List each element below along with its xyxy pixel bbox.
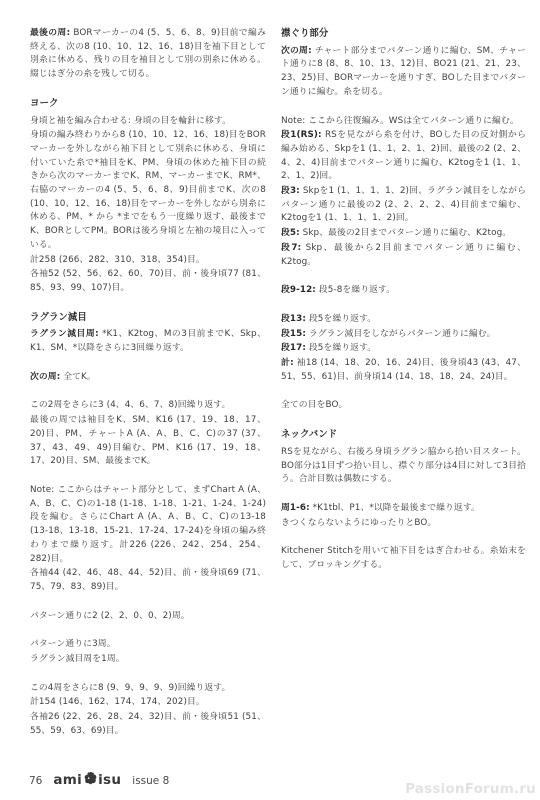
logo-text-ami: ami bbox=[53, 772, 82, 788]
paragraph: 身頃の編み終わりから8 (10、10、12、16、18)目をBORマーカーを外し… bbox=[30, 129, 266, 252]
paragraph: 身頃と袖を編み合わせる: 身頃の目を輪針に移す。 bbox=[30, 115, 266, 129]
paragraph: 段7: Skp、最後から2目前までパターン通りに編む、K2tog。 bbox=[281, 242, 526, 269]
paragraph-text: 各袖52 (52、56、62、60、70)目、前・後身頃77 (81、85、93… bbox=[30, 269, 266, 293]
paragraph-text: Note: ここからはチャート部分として、まずChart A (A、A、B、C、… bbox=[30, 485, 266, 564]
paragraph-text: 段5を繰り返す。 bbox=[309, 343, 376, 353]
amirisu-sheep-icon bbox=[83, 771, 98, 785]
paragraph-text: 身頃の編み終わりから8 (10、10、12、16、18)目をBORマーカーを外し… bbox=[30, 130, 266, 250]
paragraph: 各袖26 (22、26、28、24、32)目、前・後身頃51 (51、55、59… bbox=[30, 711, 266, 738]
left-column: 最後の周: BORマーカーの4 (5、5、6、8、9)目前で編み終える、次の8 … bbox=[30, 26, 266, 739]
paragraph-text: Kitchener Stitchを用いて袖下目をはぎ合わせる。糸始末をして、ブロ… bbox=[281, 546, 526, 570]
section-heading: ラグラン減目 bbox=[30, 311, 266, 325]
section-heading: 襟ぐり部分 bbox=[281, 27, 526, 41]
paragraph-text: Skp、最後から2目前までパターン通りに編む、K2tog。 bbox=[281, 243, 526, 267]
paragraph: Note: ここからはチャート部分として、まずChart A (A、A、B、C、… bbox=[30, 484, 266, 566]
paragraph-lead: 次の周: bbox=[30, 372, 60, 382]
paragraph-text: RSを見ながら、右後ろ身頃ラグラン脇から拾い目スタート。BO部分は1目ずつ拾い目… bbox=[281, 447, 526, 484]
paragraph-text: 各袖44 (42、46、48、44、52)目、前・後身頃69 (71、75、79… bbox=[30, 568, 266, 592]
paragraph: 周1-6: *K1tbl、P1、*以降を最後まで繰り返す。 bbox=[281, 502, 526, 516]
paragraph: 全ての目をBO。 bbox=[281, 399, 526, 413]
paragraph-lead: 段9-12: bbox=[281, 285, 316, 295]
paragraph: 計258 (266、282、310、318、354)目。 bbox=[30, 254, 266, 268]
paragraph-text: 各袖26 (22、26、28、24、32)目、前・後身頃51 (51、55、59… bbox=[30, 712, 266, 736]
paragraph-lead: 最後の周: bbox=[30, 28, 70, 38]
right-column: 襟ぐり部分次の周: チャート部分までパターン通りに編む、SM、チャート通りに8 … bbox=[281, 26, 526, 739]
paragraph-text: ラグラン減目をしながらパターン通りに編む。 bbox=[309, 329, 496, 339]
paragraph-text: *K1tbl、P1、*以降を最後まで繰り返す。 bbox=[313, 503, 480, 513]
paragraph: 段17: 段5を繰り返す。 bbox=[281, 342, 526, 356]
paragraph: 各袖52 (52、56、62、60、70)目、前・後身頃77 (81、85、93… bbox=[30, 268, 266, 295]
paragraph: 段9-12: 段5-8を繰り返す。 bbox=[281, 284, 526, 298]
paragraph-text: Skp、最後の2目までパターン通りに編む、K2tog。 bbox=[303, 228, 512, 238]
paragraph: この2周をさらに3 (4、4、6、7、8)回繰り返す。 bbox=[30, 399, 266, 413]
paragraph: 段15: ラグラン減目をしながらパターン通りに編む。 bbox=[281, 328, 526, 342]
paragraph-text: 最後の周では袖目をK、SM、K16 (17、19、18、17、20)目、PM、チ… bbox=[30, 415, 266, 466]
pattern-page: 最後の周: BORマーカーの4 (5、5、6、8、9)目前で編み終える、次の8 … bbox=[0, 0, 540, 800]
paragraph-text: パターン通りに3周。 bbox=[30, 639, 116, 649]
paragraph: 段13: 段5を繰り返す。 bbox=[281, 313, 526, 327]
watermark: PassionForum.ru bbox=[405, 781, 536, 797]
paragraph-text: 段5を繰り返す。 bbox=[309, 314, 376, 324]
paragraph: ラグラン減目周: *K1、K2tog、Mの3目前までK、Skp、K1、SM、*以… bbox=[30, 328, 266, 355]
logo-text-isu: isu bbox=[98, 772, 121, 788]
heading-text: ヨーク bbox=[30, 98, 58, 109]
paragraph-text: 全てK。 bbox=[63, 372, 96, 382]
paragraph-lead: 段13: bbox=[281, 314, 306, 324]
paragraph: パターン通りに3周。 bbox=[30, 638, 266, 652]
paragraph-text: この4周をさらに8 (9、9、9、9、9)回繰り返す。 bbox=[30, 683, 230, 693]
paragraph: 段1(RS): RSを見ながら糸を付け、BOした目の反対側から編み始める、Skp… bbox=[281, 129, 526, 184]
paragraph: Note: ここから往復編み。WSは全てパターン通りに編む。 bbox=[281, 115, 526, 129]
paragraph-lead: 段7: bbox=[281, 243, 301, 253]
paragraph-lead: 段15: bbox=[281, 329, 306, 339]
paragraph-text: この2周をさらに3 (4、4、6、7、8)回繰り返す。 bbox=[30, 400, 230, 410]
paragraph-lead: ラグラン減目周: bbox=[30, 329, 99, 339]
paragraph-lead: 次の周: bbox=[281, 46, 312, 56]
paragraph: 段3: Skpを1 (1、1、1、1、2)回、ラグラン減目をしながらパターン通り… bbox=[281, 185, 526, 226]
paragraph: 段5: Skp、最後の2目までパターン通りに編む、K2tog。 bbox=[281, 227, 526, 241]
paragraph-text: 段5-8を繰り返す。 bbox=[319, 285, 395, 295]
paragraph-text: 計154 (146、162、174、174、202)目。 bbox=[30, 697, 205, 707]
amirisu-logo: amiisu bbox=[53, 770, 121, 788]
paragraph-text: 身頃と袖を編み合わせる: 身頃の目を輪針に移す。 bbox=[30, 116, 231, 126]
paragraph: 最後の周では袖目をK、SM、K16 (17、19、18、17、20)目、PM、チ… bbox=[30, 414, 266, 469]
two-column-layout: 最後の周: BORマーカーの4 (5、5、6、8、9)目前で編み終える、次の8 … bbox=[30, 26, 526, 739]
paragraph-lead: 段3: bbox=[281, 186, 300, 196]
paragraph-lead: 周1-6: bbox=[281, 503, 310, 513]
page-number: 76 bbox=[29, 775, 42, 787]
paragraph: 各袖44 (42、46、48、44、52)目、前・後身頃69 (71、75、79… bbox=[30, 567, 266, 594]
paragraph-text: チャート部分までパターン通りに編む、SM、チャート通りに8 (8、8、10、13… bbox=[281, 46, 526, 97]
paragraph: RSを見ながら、右後ろ身頃ラグラン脇から拾い目スタート。BO部分は1目ずつ拾い目… bbox=[281, 446, 526, 487]
paragraph: 最後の周: BORマーカーの4 (5、5、6、8、9)目前で編み終える、次の8 … bbox=[30, 27, 266, 82]
paragraph: 計154 (146、162、174、174、202)目。 bbox=[30, 696, 266, 710]
issue-label: issue 8 bbox=[132, 775, 169, 787]
section-heading: ヨーク bbox=[30, 97, 266, 111]
heading-text: ネックバンド bbox=[281, 429, 337, 440]
paragraph: Kitchener Stitchを用いて袖下目をはぎ合わせる。糸始末をして、ブロ… bbox=[281, 545, 526, 572]
heading-text: ラグラン減目 bbox=[30, 312, 87, 323]
paragraph: この4周をさらに8 (9、9、9、9、9)回繰り返す。 bbox=[30, 682, 266, 696]
page-footer: 76 amiisu issue 8 bbox=[29, 770, 169, 788]
paragraph-text: 袖18 (14、18、20、16、24)目、後身頃43 (43、47、51、55… bbox=[281, 358, 526, 382]
paragraph: パターン通りに2 (2、2、0、0、2)周。 bbox=[30, 610, 266, 624]
paragraph: きつくならないようにゆったりとBO。 bbox=[281, 517, 526, 531]
heading-text: 襟ぐり部分 bbox=[281, 28, 328, 39]
paragraph-lead: 段1(RS): bbox=[281, 130, 322, 140]
section-heading: ネックバンド bbox=[281, 428, 526, 442]
paragraph: 計: 袖18 (14、18、20、16、24)目、後身頃43 (43、47、51… bbox=[281, 357, 526, 384]
paragraph: ラグラン減目周を1周。 bbox=[30, 653, 266, 667]
paragraph-lead: 段5: bbox=[281, 228, 300, 238]
paragraph: 次の周: 全てK。 bbox=[30, 371, 266, 385]
paragraph-text: Skpを1 (1、1、1、1、2)回、ラグラン減目をしながらパターン通りに最後の… bbox=[281, 186, 526, 223]
paragraph-text: Note: ここから往復編み。WSは全てパターン通りに編む。 bbox=[281, 116, 519, 126]
paragraph-lead: 段17: bbox=[281, 343, 306, 353]
paragraph-text: ラグラン減目周を1周。 bbox=[30, 654, 125, 664]
paragraph-text: 計258 (266、282、310、318、354)目。 bbox=[30, 255, 205, 265]
paragraph-lead: 計: bbox=[281, 358, 294, 368]
paragraph-text: パターン通りに2 (2、2、0、0、2)周。 bbox=[30, 611, 190, 621]
paragraph: 次の周: チャート部分までパターン通りに編む、SM、チャート通りに8 (8、8、… bbox=[281, 45, 526, 100]
paragraph-text: きつくならないようにゆったりとBO。 bbox=[281, 518, 436, 528]
paragraph-text: 全ての目をBO。 bbox=[281, 400, 347, 410]
